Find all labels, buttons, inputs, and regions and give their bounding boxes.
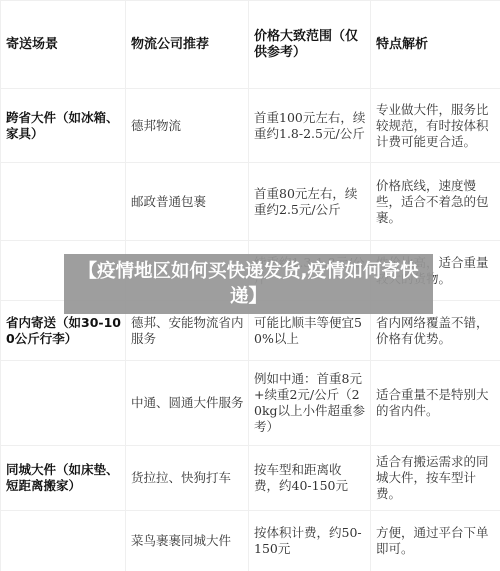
article-page: 寄送场景 物流公司推荐 价格大致范围（仅供参考） 特点解析 跨省大件（如冰箱、家… — [0, 0, 500, 571]
table-header-row: 寄送场景 物流公司推荐 价格大致范围（仅供参考） 特点解析 — [1, 1, 500, 89]
cell-company: 菜鸟裹裹同城大件 — [126, 511, 249, 571]
table-row: 菜鸟裹裹同城大件 按体积计费，约50-150元 方便，通过平台下单即可。 — [1, 511, 500, 571]
header-price: 价格大致范围（仅供参考） — [249, 1, 371, 89]
cell-price: 例如中通：首重8元+续重2元/公斤（20kg以上小件超重参考） — [249, 361, 371, 446]
header-feature: 特点解析 — [371, 1, 500, 89]
cell-company: 德邦物流 — [126, 89, 249, 163]
cell-scene: 同城大件（如床垫、短距离搬家） — [1, 446, 126, 511]
cell-company: 邮政普通包裹 — [126, 163, 249, 241]
table-row: 邮政普通包裹 首重80元左右，续重约2.5元/公斤 价格底线，速度慢些，适合不着… — [1, 163, 500, 241]
cell-price: 按车型和距离收费，约40-150元 — [249, 446, 371, 511]
cell-company: 货拉拉、快狗打车 — [126, 446, 249, 511]
table-row: 同城大件（如床垫、短距离搬家） 货拉拉、快狗打车 按车型和距离收费，约40-15… — [1, 446, 500, 511]
header-company: 物流公司推荐 — [126, 1, 249, 89]
cell-feature: 方便，通过平台下单即可。 — [371, 511, 500, 571]
cell-feature: 专业做大件，服务比较规范，有时按体积计费可能更合适。 — [371, 89, 500, 163]
title-overlay-banner: 【疫情地区如何买快递发货,疫情如何寄快递】 — [64, 254, 433, 314]
header-scene: 寄送场景 — [1, 1, 126, 89]
table-row: 跨省大件（如冰箱、家具） 德邦物流 首重100元左右，续重约1.8-2.5元/公… — [1, 89, 500, 163]
overlay-title: 【疫情地区如何买快递发货,疫情如何寄快递】 — [70, 259, 427, 309]
cell-price: 首重80元左右，续重约2.5元/公斤 — [249, 163, 371, 241]
cell-company: 中通、圆通大件服务 — [126, 361, 249, 446]
cell-price: 首重100元左右，续重约1.8-2.5元/公斤 — [249, 89, 371, 163]
cell-feature: 适合有搬运需求的同城大件，按车型计费。 — [371, 446, 500, 511]
cell-scene: 跨省大件（如冰箱、家具） — [1, 89, 126, 163]
cell-scene — [1, 511, 126, 571]
cell-feature: 价格底线，速度慢些，适合不着急的包裹。 — [371, 163, 500, 241]
cell-scene — [1, 361, 126, 446]
table-row: 中通、圆通大件服务 例如中通：首重8元+续重2元/公斤（20kg以上小件超重参考… — [1, 361, 500, 446]
cell-price: 按体积计费，约50-150元 — [249, 511, 371, 571]
cell-feature: 适合重量不是特别大的省内件。 — [371, 361, 500, 446]
cell-scene — [1, 163, 126, 241]
